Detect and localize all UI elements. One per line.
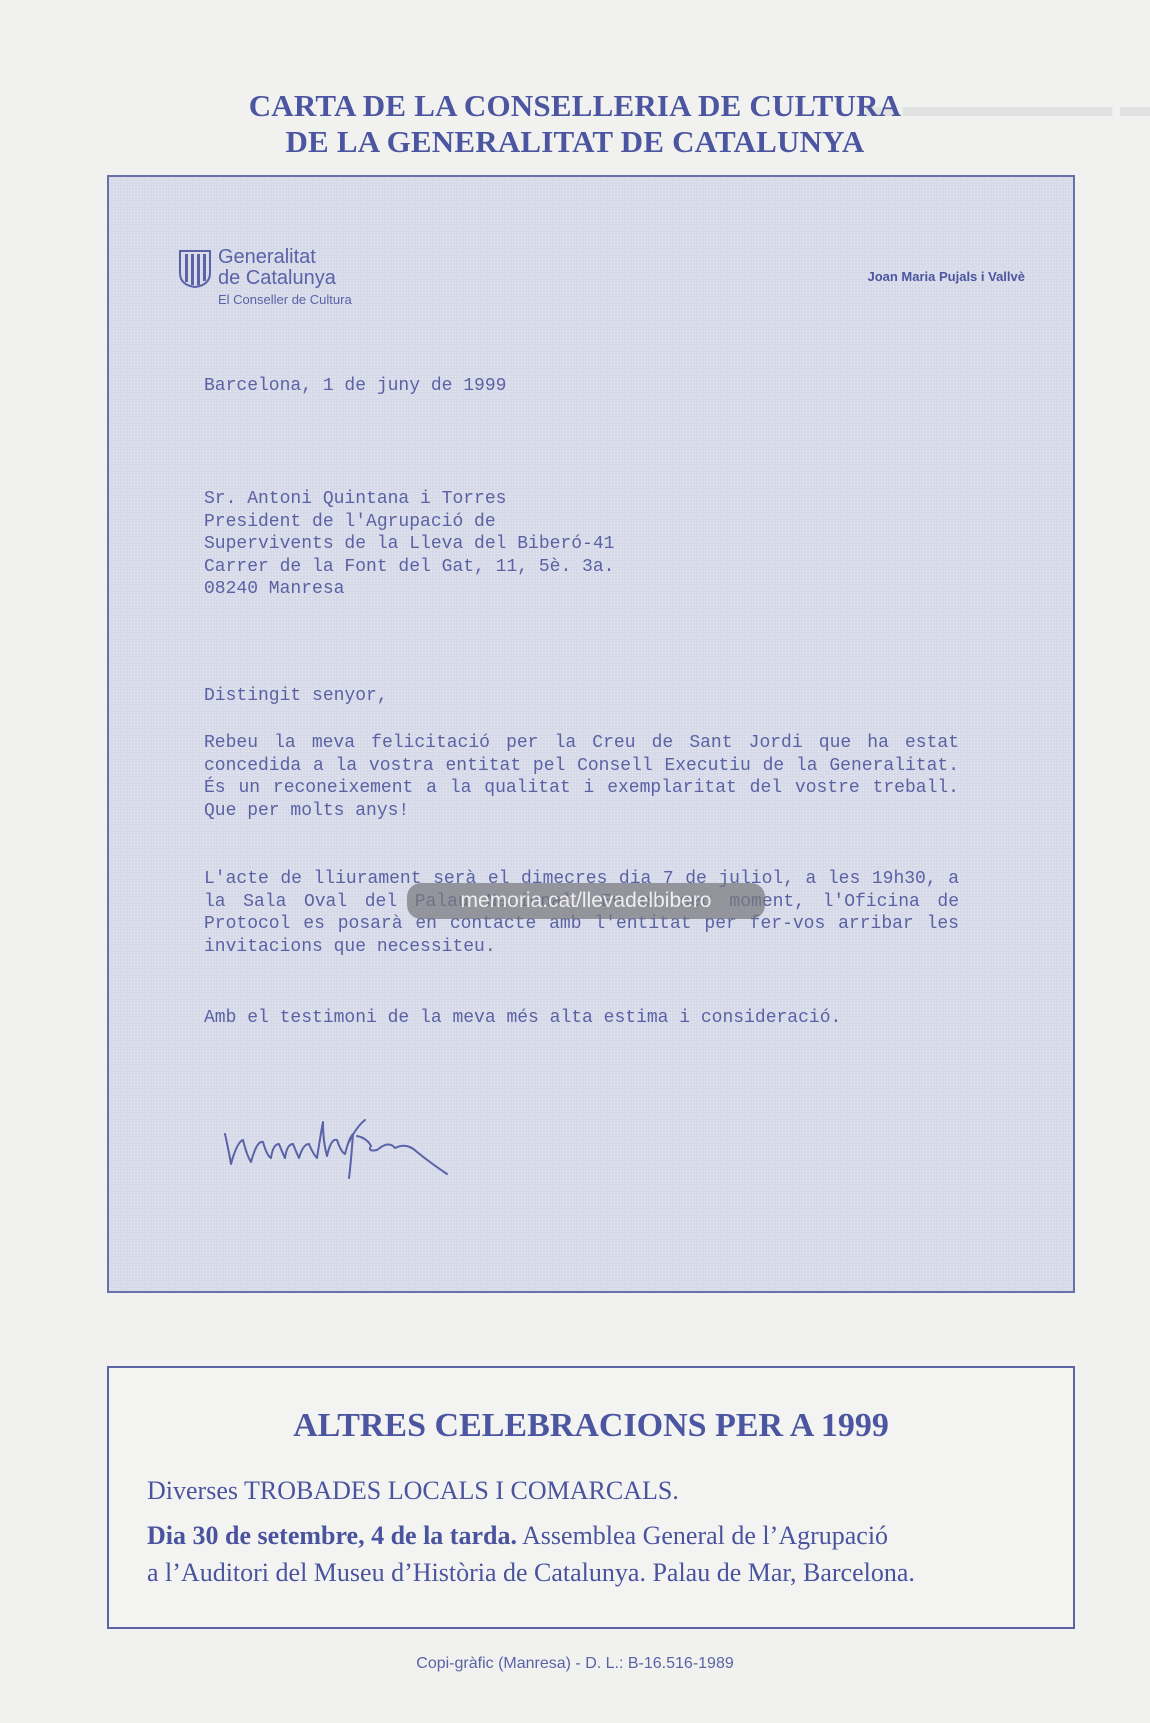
letterhead-line-2: de Catalunya	[218, 268, 352, 289]
recipient-line: Sr. Antoni Quintana i Torres	[204, 488, 959, 511]
event-description: Assemblea General de l’Agrupació	[517, 1521, 888, 1550]
letterhead-line-3: El Conseller de Cultura	[218, 289, 352, 311]
letter-paragraph: Amb el testimoni de la meva més alta est…	[204, 1007, 959, 1030]
recipient-line: Supervivents de la Lleva del Biberó-41	[204, 533, 959, 556]
page-title-line-1: CARTA DE LA CONSELLERIA DE CULTURA	[0, 88, 1150, 124]
recipient-line: Carrer de la Font del Gat, 11, 5è. 3a.	[204, 556, 959, 579]
letterhead-logo: Generalitat de Catalunya El Conseller de…	[178, 247, 352, 311]
sender-name: Joan Maria Pujals i Vallvè	[867, 269, 1025, 284]
event-date-time: Dia 30 de setembre, 4 de la tarda.	[147, 1521, 517, 1550]
letterhead-line-1: Generalitat	[218, 247, 352, 268]
letter-facsimile: Generalitat de Catalunya El Conseller de…	[107, 175, 1075, 1293]
celebrations-title: ALTRES CELEBRACIONS PER A 1999	[109, 1406, 1073, 1446]
recipient-address: Sr. Antoni Quintana i Torres President d…	[204, 488, 959, 601]
watermark-badge: memoria.cat/llevadelbibero	[407, 883, 765, 919]
page-title: CARTA DE LA CONSELLERIA DE CULTURA DE LA…	[0, 88, 1150, 160]
celebrations-line: Diverses TROBADES LOCALS I COMARCALS.	[147, 1475, 1037, 1507]
salutation: Distingit senyor,	[204, 685, 959, 708]
recipient-line: 08240 Manresa	[204, 578, 959, 601]
catalan-coat-of-arms-icon	[178, 249, 212, 289]
handwritten-signature-icon	[217, 1112, 477, 1202]
celebrations-event: Dia 30 de setembre, 4 de la tarda. Assem…	[147, 1520, 1037, 1552]
printer-legal-deposit: Copi-gràfic (Manresa) - D. L.: B-16.516-…	[0, 1655, 1150, 1673]
letter-paragraph: Rebeu la meva felicitació per la Creu de…	[204, 732, 959, 822]
page-title-line-2: DE LA GENERALITAT DE CATALUNYA	[0, 124, 1150, 160]
letter-date: Barcelona, 1 de juny de 1999	[204, 375, 959, 398]
celebrations-line: a l’Auditori del Museu d’Història de Cat…	[147, 1557, 1037, 1589]
celebrations-box: ALTRES CELEBRACIONS PER A 1999 Diverses …	[107, 1366, 1075, 1629]
recipient-line: President de l'Agrupació de	[204, 511, 959, 534]
